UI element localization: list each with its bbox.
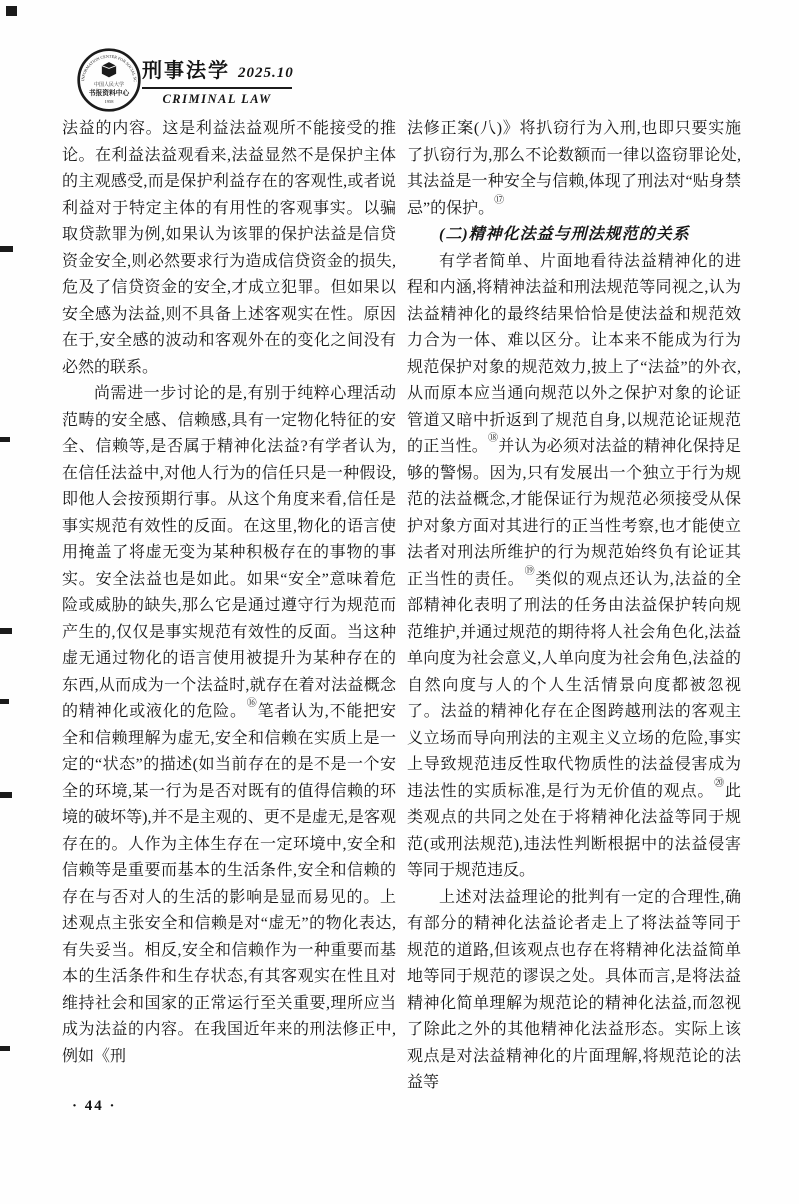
journal-page: INFORMATION CENTER FOR SOCIAL SCIENCES 中… [0,0,799,1204]
left-column: 法益的内容。这是利益法益观所不能接受的推论。在利益法益观看来,法益显然不是保护主… [62,116,396,1070]
paragraph: 上述对法益理论的批判有一定的合理性,确有部分的精神化法益论者走上了将法益等同于规… [407,885,741,1097]
scan-artifact [0,792,12,798]
scan-artifact [0,628,12,634]
right-column: 法修正案(八)》将扒窃行为入刑,也即只要实施了扒窃行为,那么不论数额而一律以盗窃… [407,116,741,1097]
logo-org-line2: 书报资料中心 [89,88,130,97]
paragraph: 有学者简单、片面地看待法益精神化的进程和内涵,将精神法益和刑法规范等同视之,认为… [407,249,741,885]
masthead: 刑事法学2025.10 CRIMINAL LAW [142,54,292,107]
journal-title: 刑事法学 [142,60,230,82]
paragraph: 法修正案(八)》将扒窃行为入刑,也即只要实施了扒窃行为,那么不论数额而一律以盗窃… [407,116,741,222]
scan-artifact [0,1046,10,1051]
scan-artifact [0,437,10,442]
journal-logo: INFORMATION CENTER FOR SOCIAL SCIENCES 中… [76,47,142,113]
masthead-rule [142,87,292,89]
scan-artifact [6,6,17,16]
logo-org-line1: 中国人民大学 [94,81,124,88]
page-number: · 44 · [72,1098,117,1115]
journal-title-en: CRIMINAL LAW [142,92,292,107]
paragraph: 法益的内容。这是利益法益观所不能接受的推论。在利益法益观看来,法益显然不是保护主… [62,116,396,381]
scan-artifact [0,246,13,252]
paragraph: 尚需进一步讨论的是,有别于纯粹心理活动范畴的安全感、信赖感,具有一定物化特征的安… [62,381,396,1070]
logo-founding-year: 1958 [105,99,115,104]
issue-date: 2025.10 [238,65,294,81]
section-heading: (二)精神化法益与刑法规范的关系 [407,222,741,249]
book-icon [102,62,116,77]
scan-artifact [0,699,9,704]
